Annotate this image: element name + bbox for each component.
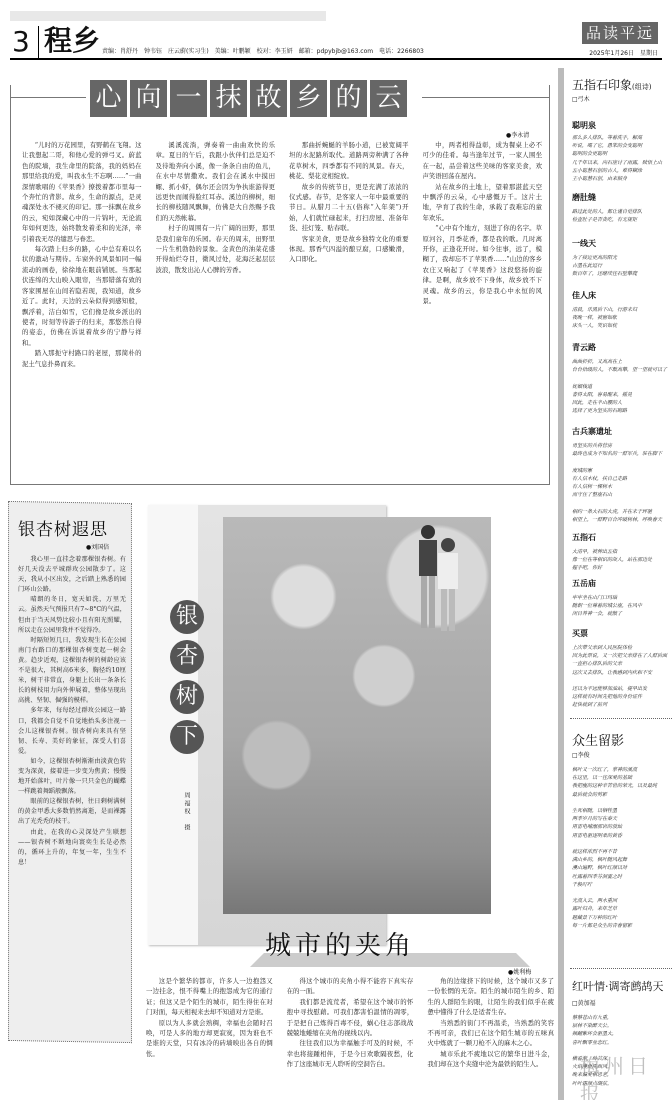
title-rule-left (10, 97, 86, 98)
poem-lines: 勇坚实的兵将营房最终也成为不知名的一群军兵，驻在脚下 废城的寨有人信木杖，扶自己… (572, 442, 672, 499)
sidebar-rule (558, 68, 564, 1100)
title-char: 抹 (210, 80, 247, 117)
title-char: 乡 (290, 80, 327, 117)
paragraph: 溪溪流淌，弹奏着一曲曲欢快的乐章。夏日的午后，我跟小伙伴们总是迫不及待地奔向小溪… (156, 140, 276, 223)
paragraph: 时隔短短几日，我发现生长在公园南门右路口的那棵银杏树变起一树金黄。趋步近观，这棵… (18, 636, 126, 707)
article-column: 得这个城市的夹角小得不能容下真实存在的一面。 我们都是流荒者，希望在这个城市的怀… (287, 976, 414, 1096)
paragraph: 多年来，每每经过群玫公园这一路口，我都会自觉不自觉地抬头多注视一会儿这棵银杏树。… (18, 706, 126, 756)
paragraph: 眼前的这棵银杏树，往日剩树满树的黄金甲悉大多数悄然离逝，是而裸露出了光秃秃的枝干… (18, 797, 126, 827)
section-divider (570, 968, 672, 969)
article-column: “儿时的万花园里，有野鹤在飞翔。这让我想起二哥，和他心爱的弹弓叉。蔚蓝色的院墙，… (22, 140, 142, 480)
paragraph: 我心里一直挂念着那棵银杏树。有好几天没去平城群玫公园散步了。这天，我从小区出发，… (18, 555, 126, 595)
poem-lines: 清晨，乐黑后下山，行游未归夜晚一样，被窗如帐床头一人，笑识如枕 (572, 306, 672, 331)
paragraph: 站在故乡的土地上，望着那湛蓝天空中飘浮的云朵，心中感慨万千。这片土地，孕育了我的… (423, 182, 543, 224)
header-top-bar (10, 11, 326, 21)
poem-section-heading: 买票 (572, 628, 588, 639)
paragraph: 客家美食，更是故乡独特文化的重要体现。那香气四溢的酿豆腐，口感嫩滑，入口即化。 (289, 234, 409, 265)
photo-title-char: 树 (170, 680, 204, 714)
paragraph: 故乡的传统节日，更是充满了浓浓的仪式感。春节，是客家人一年中最重要的节日。从腊月… (289, 182, 409, 234)
poem-author: □黄加福 (572, 998, 596, 1007)
section-divider (570, 718, 672, 719)
paragraph: 村子的周围有一片广阔的田野，那里是我们童年的乐园。春天的周末，田野里一片生机勃勃… (156, 223, 276, 275)
paragraph: 当熟悉的街门不再温柔，当熟悉的笑容不再可亲，我们已在这个陌生城市的五味真火中炼就… (427, 1018, 554, 1049)
ginkgo-article-title: 银杏树遐思 (18, 515, 108, 540)
photo-title-char: 下 (170, 720, 204, 754)
ginkgo-photo (223, 517, 491, 914)
article-column: 角的边缘挤下的时候，这个城市又多了一份怅惘的无奈。陌生的城市陌生的乡、陌生的人群… (427, 976, 554, 1096)
paragraph: 我们都是流荒者，希望在这个城市的怀抱中寻找慰藉。可我们都害怕温情的凋零，于是把自… (287, 997, 414, 1039)
page-header: 3 程乡 责编：肖舒丹 钟韦钰 庄云蔚(实习生) 美编：叶鹏颖 校对：李玉妍 邮… (10, 22, 662, 60)
main-article-title: 心 向 一 抹 故 乡 的 云 (10, 80, 550, 120)
poem-lines: 大清早，被伸出五指像一位在等相识的故人，站在那边处握手吧，你好 (572, 548, 672, 573)
title-rule-right (422, 97, 550, 98)
page-number: 3 (12, 26, 30, 58)
poem-lines: 为了接近更高的阳光古墨在此逗行数百年了，还继续往石壁攀爬 (572, 254, 672, 279)
city-article-title: 城市的夹角 (265, 925, 415, 962)
title-char: 故 (250, 80, 287, 117)
newspaper-watermark: 梅州日报 (580, 1050, 672, 1100)
title-char: 心 (90, 80, 127, 117)
title-char-boxes: 心 向 一 抹 故 乡 的 云 (90, 80, 407, 117)
paragraph: 那曲折蜿蜒的羊肠小道，已被宽阔平坦的水泥路所取代。道路两旁种满了各种花草树木，四… (289, 140, 409, 182)
article-column: 中，两者相得益彰，成为餐桌上必不可少的佳肴。每当逢年过节，一家人围坐在一起，品尝… (423, 140, 543, 480)
poem-section-heading: 五岳庙 (572, 578, 596, 589)
poem-lines: 相约一条大石的大虎，并在未于坪驰相望上，一群野百合冲破树林，呼唤春天 (572, 508, 672, 524)
poem-lines: 曲曲折折，又高高在上台台拾级的人，不敢高攀，望一望就可以了 妩媚栈道者得太阳，容… (572, 358, 672, 415)
city-article-byline: ●姚利梅 (508, 967, 531, 976)
city-article-body: 这是个繁华的都市，许多人一边抱怨又一边挂念，恨不得嘴上的抱怨成为它的通行证；但这… (146, 976, 554, 1096)
article-column: 这是个繁华的都市，许多人一边抱怨又一边挂念，恨不得嘴上的抱怨成为它的通行证；但这… (146, 976, 273, 1096)
poem-section-heading: 青云路 (572, 342, 596, 353)
article-column: 那曲折蜿蜒的羊肠小道，已被宽阔平坦的水泥路所取代。道路两旁种满了各种花草树木，四… (289, 140, 409, 480)
main-article-body: “儿时的万花园里，有野鹤在飞翔。这让我想起二哥，和他心爱的弹弓叉。蔚蓝色的院墙，… (22, 140, 542, 480)
poem-section-heading: 聪明泉 (572, 120, 596, 131)
poem-title: 众生留影 (572, 730, 624, 749)
paragraph: “儿时的万花园里，有野鹤在飞翔。这让我想起二哥，和他心爱的弹弓叉。蔚蓝色的院墙，… (22, 140, 142, 244)
paragraph: 晴朗的冬日，宽天如洗，万里无云。虽然天气预报只有7~8°C的气温，但由于当天风势… (18, 595, 126, 635)
paragraph: 中，两者相得益彰，成为餐桌上必不可少的佳肴。每当逢年过节，一家人围坐在一起，品尝… (423, 140, 543, 182)
poem-section-heading: 佳人床 (572, 290, 596, 301)
poem-lines: 上次带父亲到人民医院体检因为此票说，又一次把父亲排在了人群后面一直担心排队后的父… (572, 644, 672, 710)
poem-lines: 那么多人排队，等着洗手，解渴听说，喝了它，愚笨的会变聪明聪明的会更聪明几千年以来… (572, 134, 672, 183)
poem-section-heading: 古兵寨遗址 (572, 426, 612, 437)
paragraph: 如今，这棵银杏树渐渐由淡黄色转变为深黄，接着进一步变为焦黄；慢慢地开始落叶，叶片… (18, 757, 126, 797)
paragraph: 角的边缘挤下的时候，这个城市又多了一份怅惘的无奈。陌生的城市陌生的乡、陌生的人群… (427, 976, 554, 1018)
page-number-divider (38, 26, 39, 58)
title-char: 一 (170, 80, 207, 117)
poem-author: □弓木 (572, 94, 590, 103)
photo-title-char: 银 (170, 600, 204, 634)
poem-section-heading: 磨肚缝 (572, 192, 596, 203)
paragraph: 城市乐此不疲地以它的繁华日进斗金，我们却在这个夹缝中沦为最铁的陌生人。 (427, 1049, 554, 1070)
brand-logo: 品读平远 (582, 22, 658, 44)
poem-author: □李俊 (572, 750, 590, 759)
poetry-sidebar: 五指石印象(组诗) □弓木 聪明泉 那么多人排队，等着洗手，解渴听说，喝了它，愚… (558, 68, 672, 1100)
poem-lines: 枫叶又一次红了，掌神的溪流在这里，以一往深爱的基础我把瘦的这种辛苦世的荣光，以及… (572, 766, 672, 930)
photo-credit: 周福权 摄 (182, 792, 191, 832)
paragraph: 往往我们以为幸福触手可及的时候，不幸也将接踵相伴，于是今日欢歌隔夜愁，化作了这座… (287, 1038, 414, 1069)
poem-title: 五指石印象(组诗) (572, 76, 651, 93)
main-article-byline: ●李永清 (506, 130, 529, 139)
paragraph: 这是个繁华的都市，许多人一边抱怨又一边挂念，恨不得嘴上的抱怨成为它的通行证；但这… (146, 976, 273, 1018)
title-char: 向 (130, 80, 167, 117)
poem-lines: 路过此处的人，都让谨自觉排队检查肚子是否贪吃，有无规矩 (572, 208, 672, 224)
title-char: 的 (330, 80, 367, 117)
title-char: 云 (370, 80, 407, 117)
poem-section-heading: 五指石 (572, 532, 596, 543)
poem-lines: 牢牢坐在山门口玛瑙随朝一位尊着的城公座，在风中闭目养神一会，就散了 (572, 594, 672, 619)
paragraph: 原以为人多就会熟稠，幸福也会随时召唤，可是人多的地方却更寂寞，因为谁也不是谁的天… (146, 1018, 273, 1060)
paragraph: 每次踏上归乡的路，心中总有难以名状的激动与期待。车窗外的风景如同一幅流动的画卷，… (22, 244, 142, 348)
photo-title-char: 杏 (170, 640, 204, 674)
paragraph: 得这个城市的夹角小得不能容下真实存在的一面。 (287, 976, 414, 997)
page-section-name: 程乡 (44, 24, 100, 58)
poem-section-heading: 一线天 (572, 238, 596, 249)
ginkgo-article-body: 我心里一直挂念着那棵银杏树。有好几天没去平城群玫公园散步了。这天，我从小区出发，… (18, 555, 126, 1025)
issue-date: 2025年1月26日 星期日 (589, 48, 658, 57)
person-figure-icon (435, 535, 461, 635)
ginkgo-article-byline: ●刘国倍 (86, 542, 109, 551)
editorial-credits: 责编：肖舒丹 钟韦钰 庄云蔚(实习生) 美编：叶鹏颖 校对：李玉妍 邮箱：pdp… (102, 46, 424, 55)
paragraph: 踏入那扼守村路口的老屋，那简朴的泥土气息扑鼻而来。 (22, 348, 142, 369)
paragraph: “心中有个地方，刻进了你的名字。草原河谷，月季花香，都是我的歌。几时离开你，正逢… (423, 223, 543, 306)
poem-title: 红叶情·调寄鹧鸪天 (572, 978, 664, 994)
article-column: 溪溪流淌，弹奏着一曲曲欢快的乐章。夏日的午后，我跟小伙伴们总是迫不及待地奔向小溪… (156, 140, 276, 480)
paragraph: 由此，在我的心灵深处产生联想——银杏树不断地向寰奕生长是必然的，循环上升的，年复… (18, 828, 126, 868)
